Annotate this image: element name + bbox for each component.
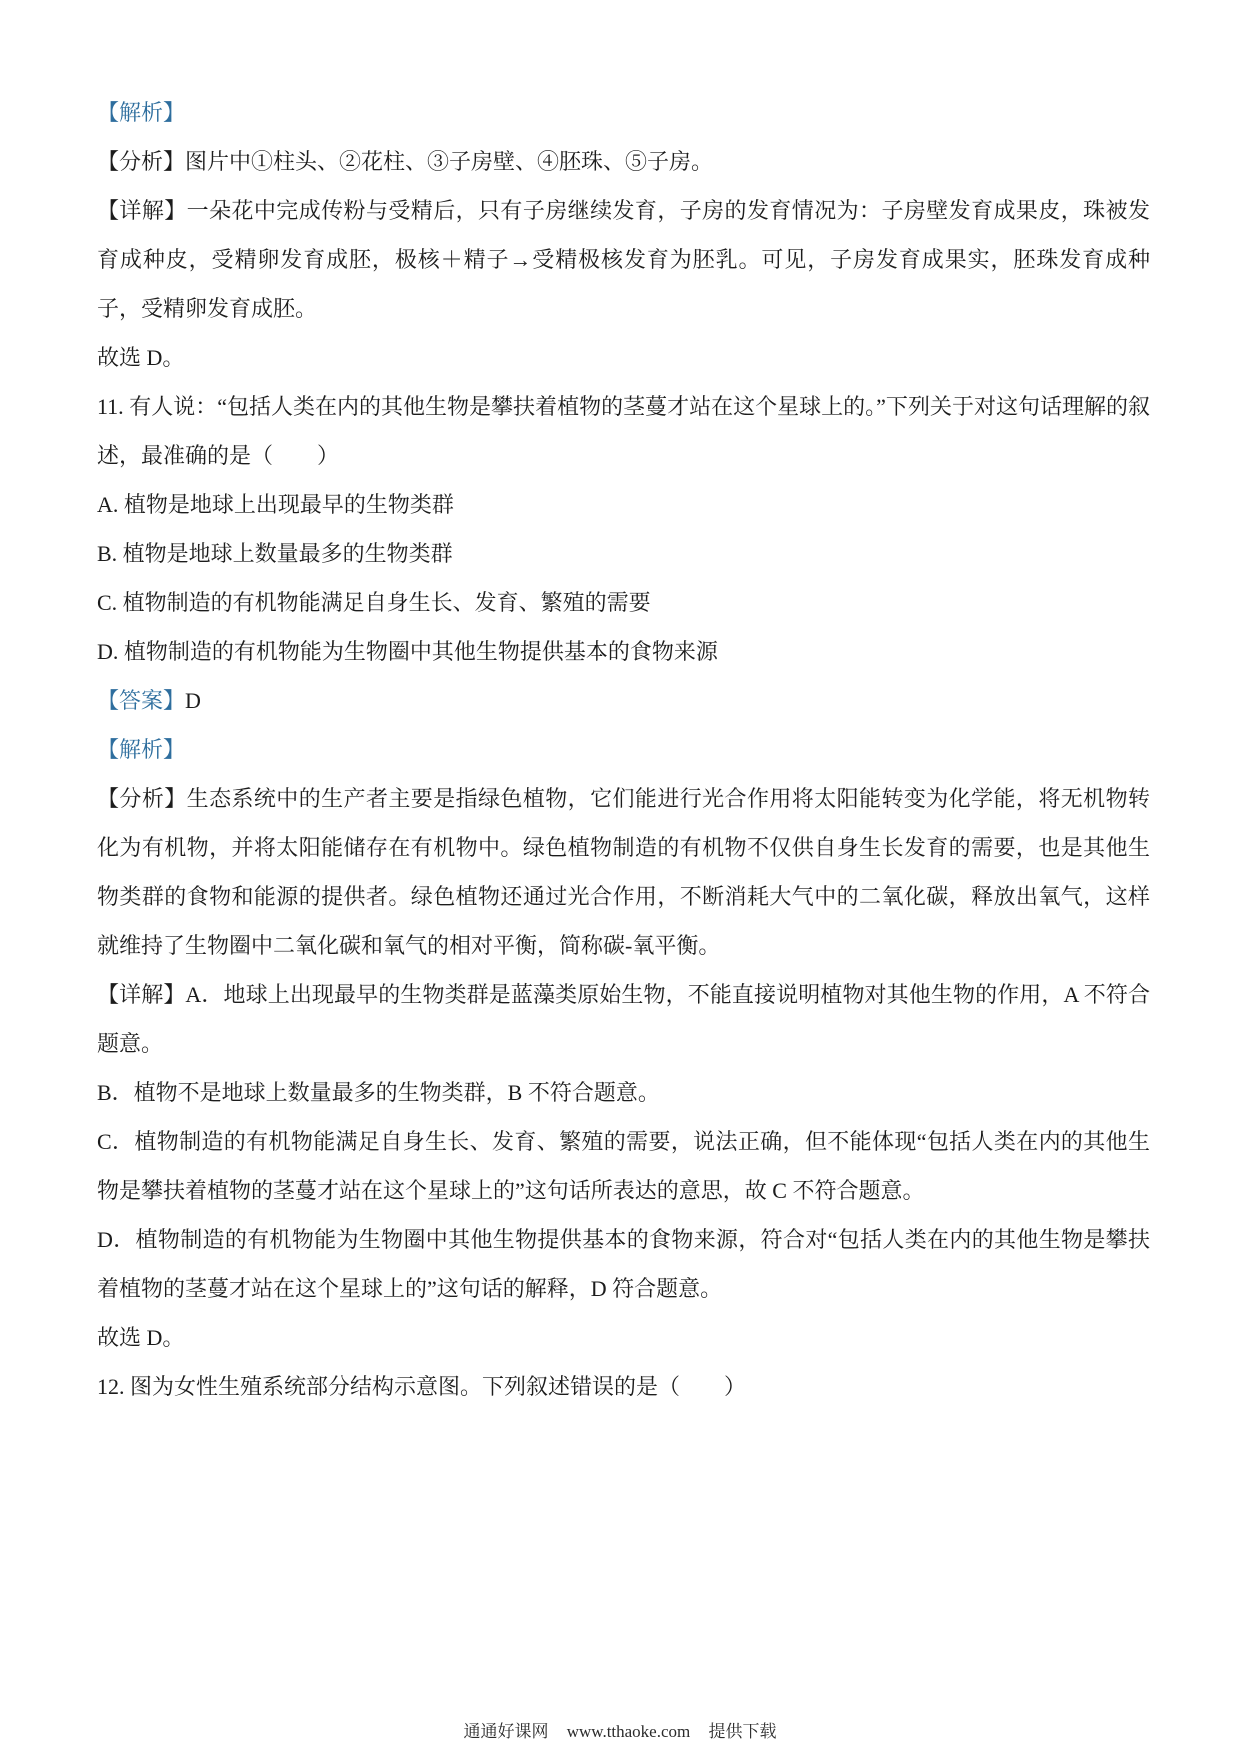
q11-detail-b: B．植物不是地球上数量最多的生物类群，B 不符合题意。 xyxy=(97,1068,1150,1117)
text-run: 12. 图为女性生殖系统部分结构示意图。下列叙述错误的是（ ） xyxy=(97,1374,746,1399)
q11-detail-d: D．植物制造的有机物能为生物圈中其他生物提供基本的食物来源，符合对“包括人类在内… xyxy=(97,1215,1150,1313)
text-run: 生态系统中的生产者主要是指绿色植物，它们能进行光合作用将太阳能转变为化学能，将无… xyxy=(97,786,1150,958)
text-run: 【详解】 xyxy=(97,982,185,1007)
q11-conclusion: 故选 D。 xyxy=(97,1313,1150,1362)
footer-url: www.tthaoke.com xyxy=(567,1722,691,1741)
text-run: C. 植物制造的有机物能满足自身生长、发育、繁殖的需要 xyxy=(97,590,651,615)
bracket-label: 【答案】 xyxy=(97,688,185,713)
q11-option-c: C. 植物制造的有机物能满足自身生长、发育、繁殖的需要 xyxy=(97,578,1150,627)
q11-option-b: B. 植物是地球上数量最多的生物类群 xyxy=(97,529,1150,578)
text-run: B. 植物是地球上数量最多的生物类群 xyxy=(97,541,453,566)
document-body: 【解析】【分析】图片中①柱头、②花柱、③子房壁、④胚珠、⑤子房。【详解】一朵花中… xyxy=(97,88,1150,1411)
q10-jiexi-heading: 【解析】 xyxy=(97,88,1150,137)
text-run: B．植物不是地球上数量最多的生物类群，B 不符合题意。 xyxy=(97,1080,660,1105)
bracket-label: 【解析】 xyxy=(97,100,185,125)
q11-stem: 11. 有人说：“包括人类在内的其他生物是攀扶着植物的茎蔓才站在这个星球上的。”… xyxy=(97,382,1150,480)
footer-suffix: 提供下载 xyxy=(709,1722,777,1741)
text-run: 故选 D。 xyxy=(97,1325,184,1350)
bracket-label: 【解析】 xyxy=(97,737,185,762)
q10-analysis: 【分析】图片中①柱头、②花柱、③子房壁、④胚珠、⑤子房。 xyxy=(97,137,1150,186)
text-run: A. 植物是地球上出现最早的生物类群 xyxy=(97,492,454,517)
text-run: 一朵花中完成传粉与受精后，只有子房继续发育，子房的发育情况为：子房壁发育成果皮，… xyxy=(97,198,1150,321)
q11-detail-a: 【详解】A．地球上出现最早的生物类群是蓝藻类原始生物，不能直接说明植物对其他生物… xyxy=(97,970,1150,1068)
q11-analysis: 【分析】生态系统中的生产者主要是指绿色植物，它们能进行光合作用将太阳能转变为化学… xyxy=(97,774,1150,970)
text-run: D xyxy=(185,688,201,713)
text-run: D．植物制造的有机物能为生物圈中其他生物提供基本的食物来源，符合对“包括人类在内… xyxy=(97,1227,1150,1301)
q11-detail-c: C．植物制造的有机物能满足自身生长、发育、繁殖的需要，说法正确，但不能体现“包括… xyxy=(97,1117,1150,1215)
q11-jiexi-heading: 【解析】 xyxy=(97,725,1150,774)
text-run: 【详解】 xyxy=(97,198,187,223)
text-run: 故选 D。 xyxy=(97,345,184,370)
text-run: 图片中①柱头、②花柱、③子房壁、④胚珠、⑤子房。 xyxy=(185,149,713,174)
q12-stem: 12. 图为女性生殖系统部分结构示意图。下列叙述错误的是（ ） xyxy=(97,1362,1150,1411)
page-footer: 通通好课网 www.tthaoke.com 提供下载 xyxy=(0,1717,1240,1742)
text-run: D. 植物制造的有机物能为生物圈中其他生物提供基本的食物来源 xyxy=(97,639,718,664)
q10-conclusion: 故选 D。 xyxy=(97,333,1150,382)
q11-answer: 【答案】D xyxy=(97,676,1150,725)
q10-detail: 【详解】一朵花中完成传粉与受精后，只有子房继续发育，子房的发育情况为：子房壁发育… xyxy=(97,186,1150,333)
text-run: 【分析】 xyxy=(97,786,187,811)
q11-option-a: A. 植物是地球上出现最早的生物类群 xyxy=(97,480,1150,529)
text-run: 【分析】 xyxy=(97,149,185,174)
footer-site-name: 通通好课网 xyxy=(463,1722,548,1741)
text-run: 11. 有人说：“包括人类在内的其他生物是攀扶着植物的茎蔓才站在这个星球上的。”… xyxy=(97,394,1150,468)
q11-option-d: D. 植物制造的有机物能为生物圈中其他生物提供基本的食物来源 xyxy=(97,627,1150,676)
text-run: A．地球上出现最早的生物类群是蓝藻类原始生物，不能直接说明植物对其他生物的作用，… xyxy=(97,982,1150,1056)
text-run: C．植物制造的有机物能满足自身生长、发育、繁殖的需要，说法正确，但不能体现“包括… xyxy=(97,1129,1150,1203)
document-page: 【解析】【分析】图片中①柱头、②花柱、③子房壁、④胚珠、⑤子房。【详解】一朵花中… xyxy=(0,0,1240,1754)
